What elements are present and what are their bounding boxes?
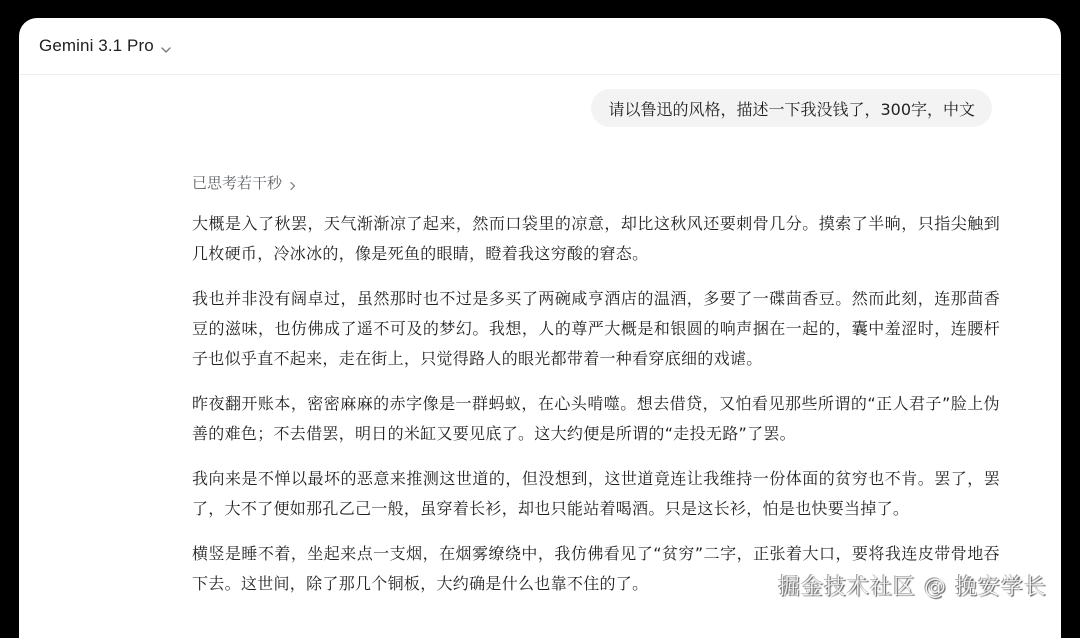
model-name: Gemini 3.1 Pro xyxy=(39,36,154,56)
response-paragraph: 我向来是不惮以最坏的恶意来推测这世道的，但没想到，这世道竟连让我维持一份体面的贫… xyxy=(192,464,1000,524)
user-message-row: 请以鲁迅的风格，描述一下我没钱了，300字，中文 xyxy=(591,89,992,127)
response-paragraph: 昨夜翻开账本，密密麻麻的赤字像是一群蚂蚁，在心头啃噬。想去借贷，又怕看见那些所谓… xyxy=(192,389,1000,449)
model-response: 已思考若干秒 大概是入了秋罢，天气渐渐凉了起来，然而口袋里的凉意，却比这秋风还要… xyxy=(192,170,1000,614)
chevron-right-icon xyxy=(288,177,298,187)
response-paragraph: 大概是入了秋罢，天气渐渐凉了起来，然而口袋里的凉意，却比这秋风还要刺骨几分。摸索… xyxy=(192,209,1000,269)
thinking-label: 已思考若干秒 xyxy=(192,172,282,193)
response-paragraph: 我也并非没有阔卓过，虽然那时也不过是多买了两碗咸亨酒店的温酒，多要了一碟茴香豆。… xyxy=(192,284,1000,374)
chat-header: Gemini 3.1 Pro xyxy=(19,18,1061,75)
response-paragraph: 横竖是睡不着，坐起来点一支烟，在烟雾缭绕中，我仿佛看见了“贫穷”二字，正张着大口… xyxy=(192,539,1000,599)
chevron-down-icon xyxy=(160,41,172,53)
model-selector[interactable]: Gemini 3.1 Pro xyxy=(39,36,172,56)
thinking-toggle[interactable]: 已思考若干秒 xyxy=(192,170,1000,194)
user-message-bubble: 请以鲁迅的风格，描述一下我没钱了，300字，中文 xyxy=(591,89,992,127)
chat-window: Gemini 3.1 Pro 请以鲁迅的风格，描述一下我没钱了，300字，中文 … xyxy=(19,18,1061,621)
